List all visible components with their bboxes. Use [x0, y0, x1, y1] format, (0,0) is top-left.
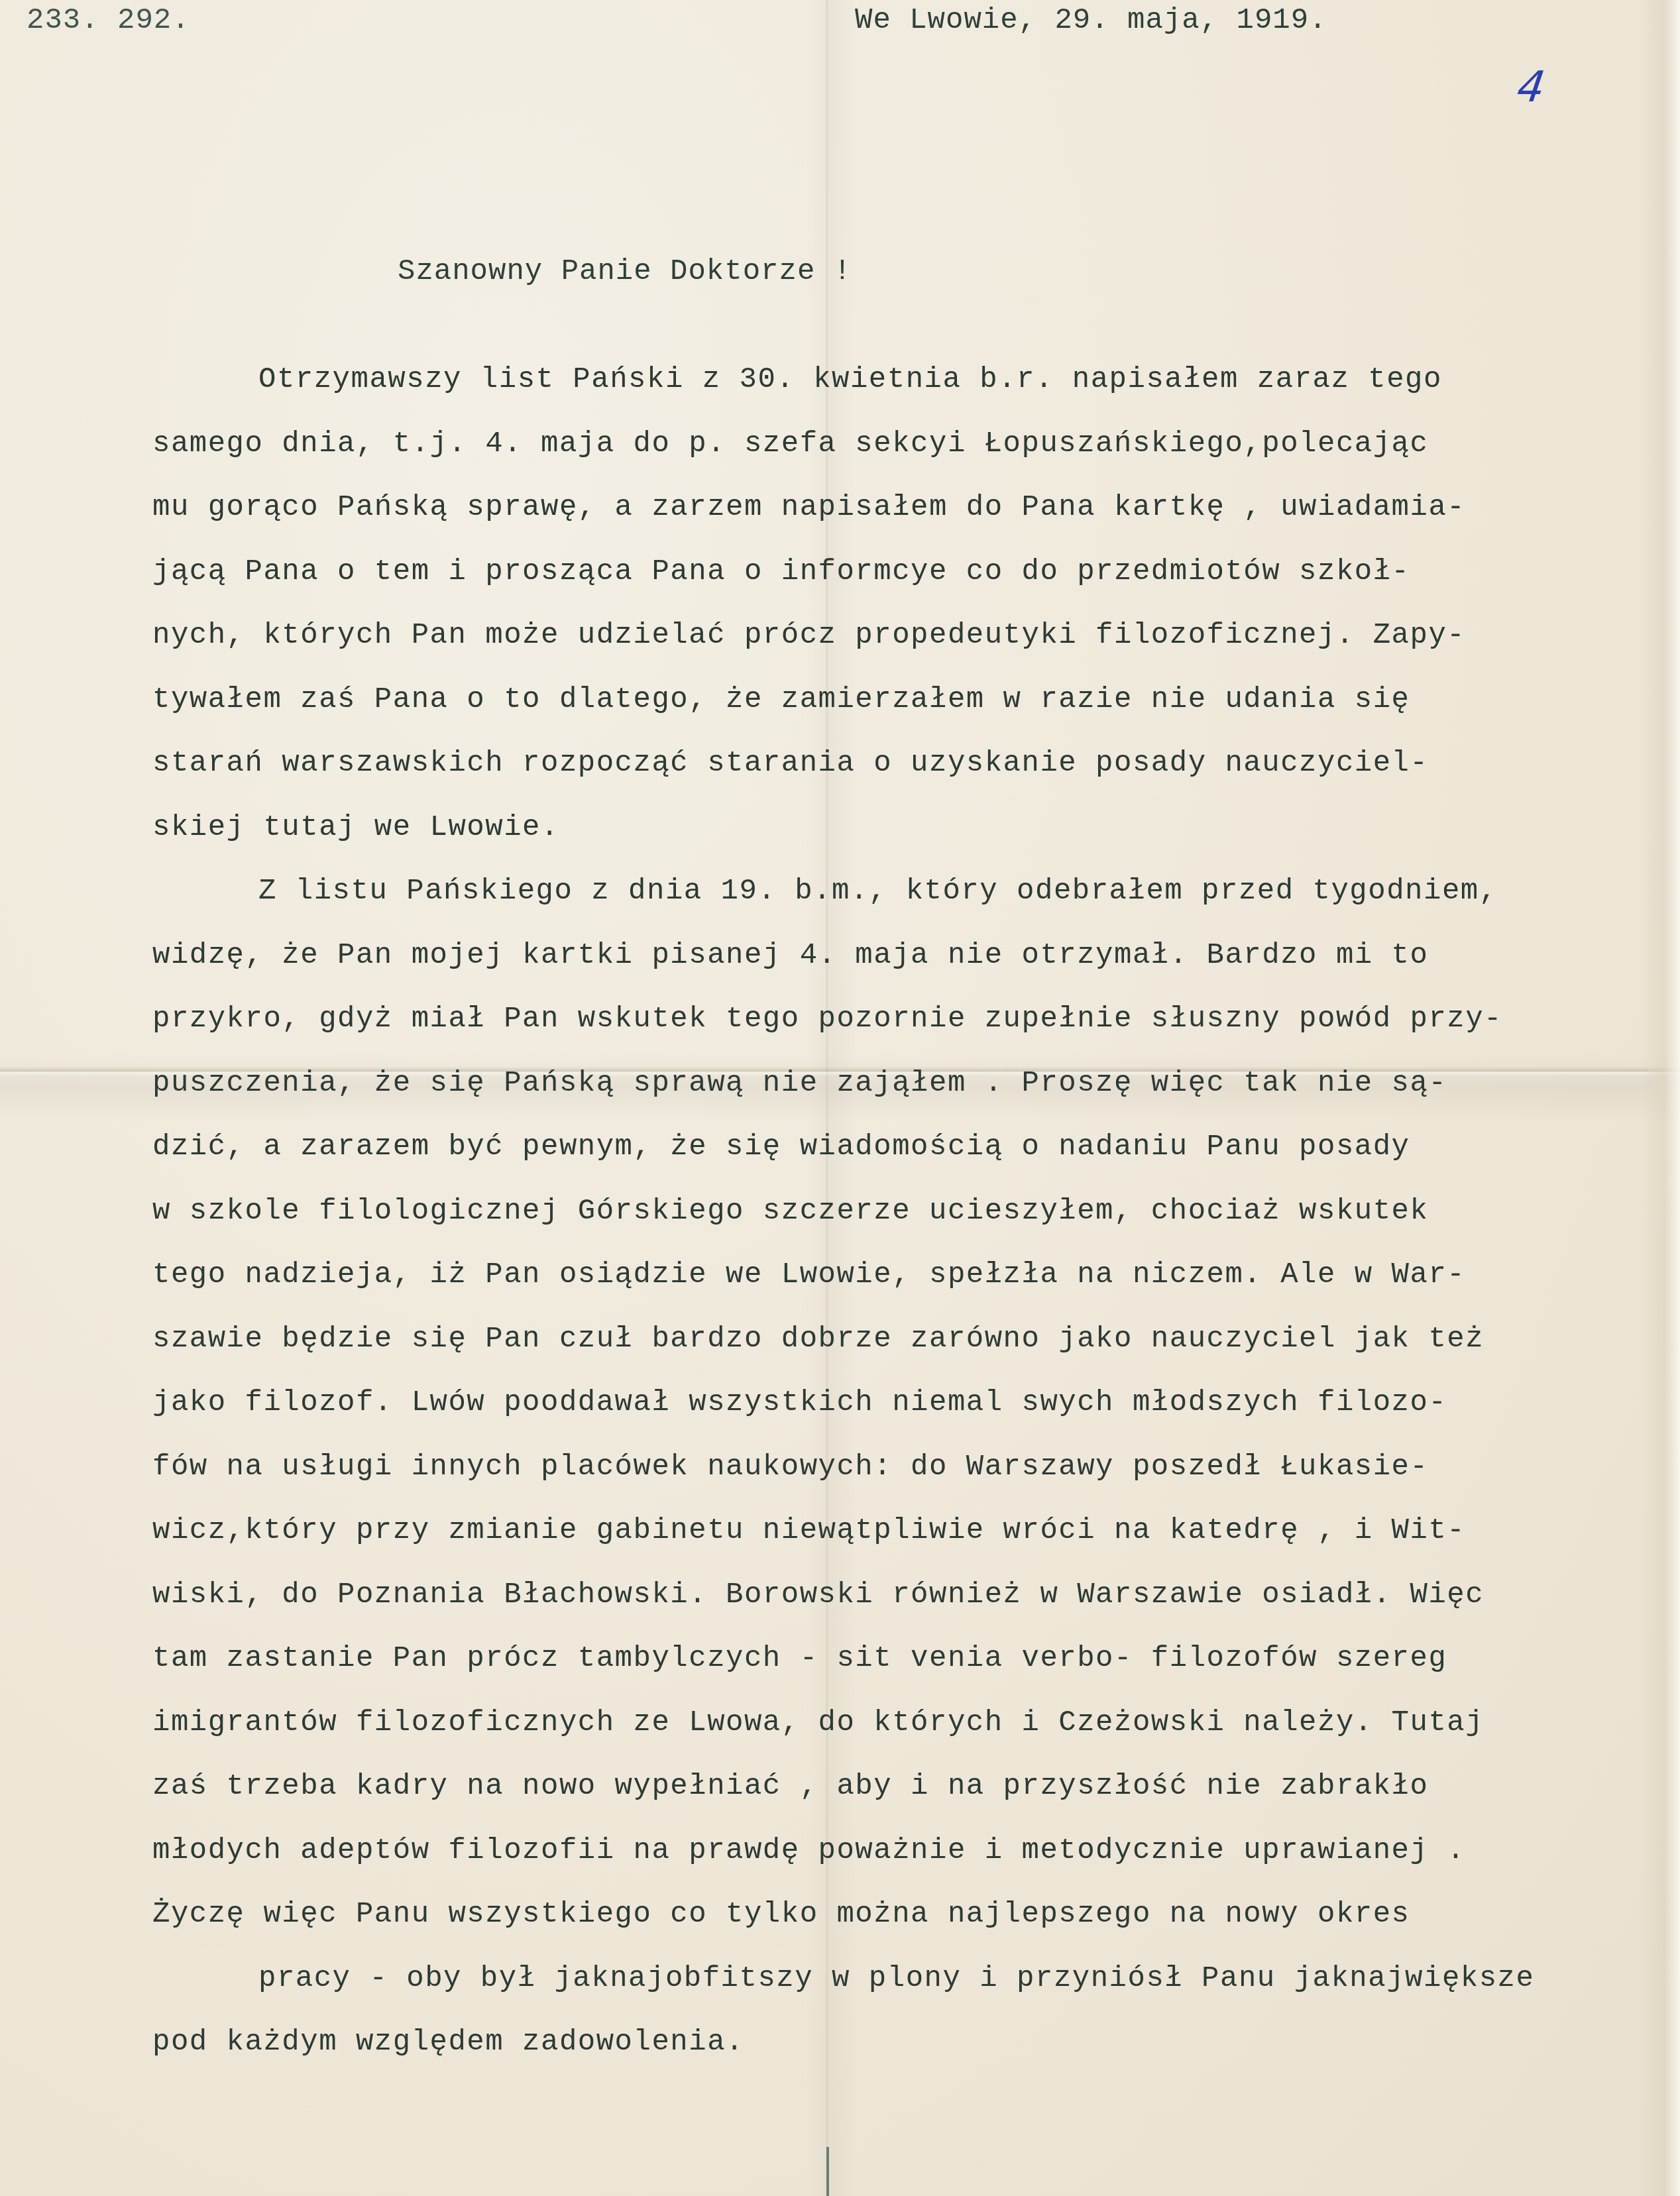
- salutation: Szanowny Panie Doktorze !: [398, 255, 852, 288]
- letter-line: tywałem zaś Pana o to dlatego, że zamier…: [152, 668, 1637, 732]
- place-and-date: We Lwowie, 29. maja, 1919.: [855, 4, 1327, 37]
- letter-line: starań warszawskich rozpocząć starania o…: [152, 732, 1637, 796]
- handwritten-page-number: 4: [1514, 63, 1548, 112]
- letter-line: Otrzymawszy list Pański z 30. kwietnia b…: [152, 348, 1637, 412]
- letter-line: skiej tutaj we Lwowie.: [152, 796, 1637, 860]
- letter-line: nych, których Pan może udzielać prócz pr…: [152, 604, 1637, 668]
- letter-line: Życzę więc Panu wszystkiego co tylko moż…: [152, 1883, 1637, 1947]
- letter-line: Z listu Pańskiego z dnia 19. b.m., który…: [152, 859, 1637, 924]
- letter-line: pod każdym względem zadowolenia.: [152, 2010, 1637, 2075]
- letter-line: samego dnia, t.j. 4. maja do p. szefa se…: [152, 412, 1637, 476]
- letter-line: jako filozof. Lwów pooddawał wszystkich …: [152, 1371, 1637, 1435]
- letter-line: pracy - oby był jaknajobfitszy w plony i…: [152, 1947, 1637, 2011]
- letter-line: fów na usługi innych placówek naukowych:…: [152, 1435, 1637, 1500]
- letter-line: szawie będzie się Pan czuł bardzo dobrze…: [152, 1307, 1637, 1372]
- letter-line: wicz,który przy zmianie gabinetu niewątp…: [152, 1499, 1637, 1563]
- ink-mark: [826, 2147, 829, 2196]
- letter-line: zaś trzeba kadry na nowo wypełniać , aby…: [152, 1755, 1637, 1819]
- letter-line: jącą Pana o tem i prosząca Pana o inform…: [152, 540, 1637, 604]
- reference-number: 233. 292.: [27, 4, 190, 37]
- letter-line: wiski, do Poznania Błachowski. Borowski …: [152, 1563, 1637, 1627]
- letter-line: dzić, a zarazem być pewnym, że się wiado…: [152, 1115, 1637, 1180]
- letter-line: puszczenia, że się Pańską sprawą nie zaj…: [152, 1052, 1637, 1116]
- letter-page: 233. 292. We Lwowie, 29. maja, 1919. 4 S…: [0, 0, 1680, 2196]
- letter-body: Otrzymawszy list Pański z 30. kwietnia b…: [152, 348, 1637, 2075]
- letter-line: imigrantów filozoficznych ze Lwowa, do k…: [152, 1691, 1637, 1755]
- letter-line: przykro, gdyż miał Pan wskutek tego pozo…: [152, 987, 1637, 1052]
- letter-line: tego nadzieja, iż Pan osiądzie we Lwowie…: [152, 1243, 1637, 1307]
- letter-line: tam zastanie Pan prócz tambylczych - sit…: [152, 1627, 1637, 1691]
- letter-line: w szkole filologicznej Górskiego szczerz…: [152, 1180, 1637, 1244]
- letter-line: mu gorąco Pańską sprawę, a zarzem napisa…: [152, 476, 1637, 540]
- letter-line: młodych adeptów filozofii na prawdę powa…: [152, 1819, 1637, 1883]
- letter-line: widzę, że Pan mojej kartki pisanej 4. ma…: [152, 924, 1637, 988]
- paper-edge-shadow: [1640, 0, 1680, 2196]
